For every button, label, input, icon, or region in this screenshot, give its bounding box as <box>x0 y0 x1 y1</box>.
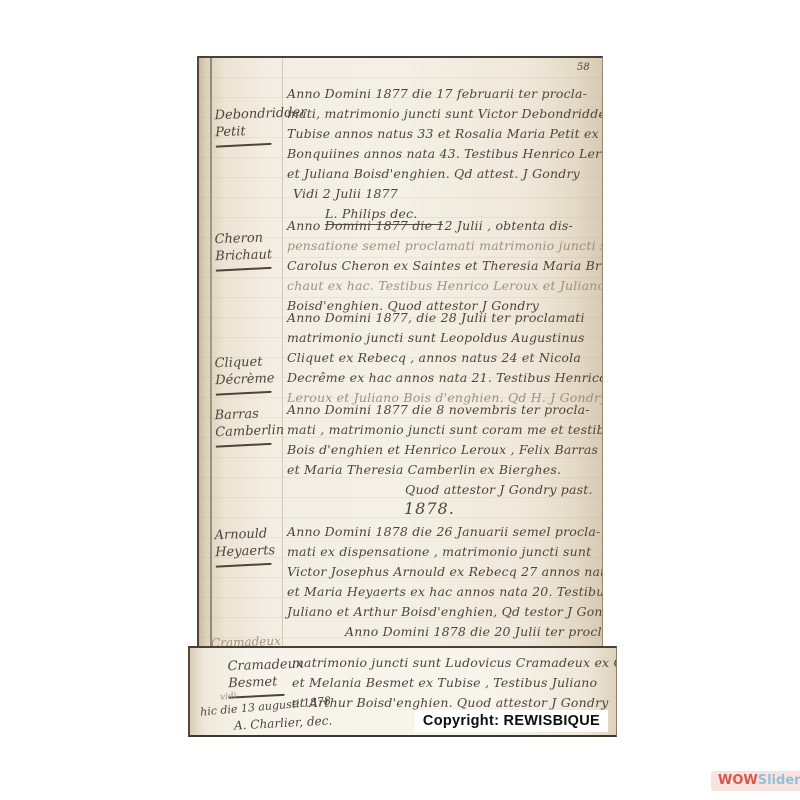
margin-underline <box>216 143 272 148</box>
entry-text-line: Anno Domini 1877 die 12 Julii , obtenta … <box>287 216 599 236</box>
margin-surname-2: Heyaerts <box>215 542 286 561</box>
margin-underline <box>216 563 272 568</box>
register-page-scan: 58 Debondridder Petit Anno Domini 1877 d… <box>197 56 603 646</box>
entry-text-line: mati , matrimonio juncti sunt coram me e… <box>287 420 599 440</box>
dean-signature: A. Charlier, dec. <box>234 713 333 732</box>
entry-text-line: et Maria Theresia Camberlin ex Bierghes. <box>287 460 599 480</box>
entry-margin-name: Cliquet Décrème <box>214 353 285 395</box>
margin-surname-2: Petit <box>215 122 286 141</box>
viewer-canvas: { "colors": { "paper": "#f3eee3", "ink":… <box>0 0 800 800</box>
year-heading: 1878. <box>404 499 455 518</box>
margin-surname-1: Cramadeux <box>227 656 298 675</box>
entry-text-line: Carolus Cheron ex Saintes et Theresia Ma… <box>287 256 599 276</box>
cut-margin-name: Cramadeux <box>211 634 281 646</box>
entry-text-line: Anno Domini 1877 die 17 februarii ter pr… <box>287 84 599 104</box>
entry-margin-name: Debondridder Petit <box>214 105 285 147</box>
entry-text-line: pensatione semel proclamati matrimonio j… <box>287 236 599 256</box>
entry-text-line: Anno Domini 1878 die 20 Julii ter procla… <box>345 622 599 642</box>
margin-surname-2: Décrème <box>215 370 286 389</box>
entry-text-line: Juliano et Arthur Boisd'enghien, Qd test… <box>287 602 599 622</box>
entry-text-line: mati, matrimonio juncti sunt Victor Debo… <box>287 104 599 124</box>
copyright-label: Copyright: REWISBIQUE <box>415 710 608 732</box>
margin-underline <box>216 391 272 396</box>
entry-margin-name: Cheron Brichaut <box>214 229 285 271</box>
entry-text-line: Anno Domini 1877 die 8 novembris ter pro… <box>287 400 599 420</box>
entry-text-line: Bois d'enghien et Henrico Leroux , Felix… <box>287 440 599 460</box>
wowslider-watermark[interactable]: WOWSlider <box>711 771 800 791</box>
entry-margin-name: Barras Camberlin <box>214 405 285 447</box>
margin-underline <box>216 443 272 448</box>
entry-text-line: Cliquet ex Rebecq , annos natus 24 et Ni… <box>287 348 599 368</box>
entry-text-line: Bonquiines annos nata 43. Testibus Henri… <box>287 144 599 164</box>
entry-text-line: Anno Domini 1877, die 28 Julii ter procl… <box>287 308 599 328</box>
entry-margin-name: Cramadeux Besmet <box>227 656 298 698</box>
entry-attestation-line: Quod attestor J Gondry past. <box>405 480 599 500</box>
entry-text-line: matrimonio juncti sunt Leopoldus Augusti… <box>287 328 599 348</box>
entry-text-line: et Juliana Boisd'enghien. Qd attest. J G… <box>287 164 599 184</box>
entry-margin-name: Arnould Heyaerts <box>214 525 285 567</box>
page-number: 58 <box>577 62 590 73</box>
entry-text-line: Anno Domini 1878 die 26 Januarii semel p… <box>287 522 599 542</box>
entry-text-line: et Melania Besmet ex Tubise , Testibus J… <box>292 673 612 693</box>
margin-surname-2: Besmet <box>228 673 299 692</box>
entry-text-line: Tubise annos natus 33 et Rosalia Maria P… <box>287 124 599 144</box>
margin-surname-1: Debondridder <box>214 105 285 124</box>
watermark-slider-text: Slider <box>758 771 800 791</box>
dean-visa-line: Vidi 2 Julii 1877 <box>293 184 599 204</box>
margin-surname-2: Camberlin <box>215 422 286 441</box>
entry-text-line: matrimonio juncti sunt Ludovicus Cramade… <box>292 653 612 673</box>
entry-text-line: mati ex dispensatione , matrimonio junct… <box>287 542 599 562</box>
margin-underline <box>216 267 272 272</box>
margin-surname-2: Brichaut <box>215 246 286 265</box>
entry-text-line: chaut ex hac. Testibus Henrico Leroux et… <box>287 276 599 296</box>
entry-text-line: Victor Josephus Arnould ex Rebecq 27 ann… <box>287 562 599 582</box>
entry-text-line: Decrême ex hac annos nata 21. Testibus H… <box>287 368 599 388</box>
entry-text-line: et Maria Heyaerts ex hac annos nata 20. … <box>287 582 599 602</box>
watermark-wow-text: WOW <box>718 771 758 791</box>
marginal-note-small: vidi <box>220 691 238 703</box>
register-strip-scan: Cramadeux Besmet matrimonio juncti sunt … <box>188 646 617 737</box>
